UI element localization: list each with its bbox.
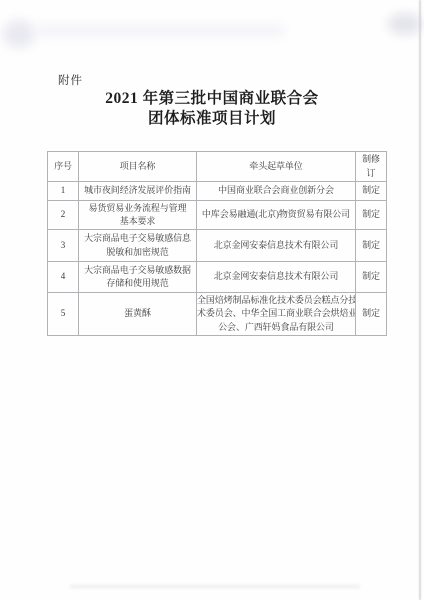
scan-smudge-top-band	[35, 24, 285, 37]
document-title-line1: 2021 年第三批中国商业联合会	[0, 89, 424, 109]
document-title: 2021 年第三批中国商业联合会 团体标准项目计划	[0, 89, 424, 129]
cell-lead-drafting-unit: 北京金网安泰信息技术有限公司	[197, 230, 356, 262]
cell-serial-number: 3	[48, 230, 79, 262]
cell-lead-drafting-unit: 中国商业联合会商业创新分会	[197, 182, 356, 201]
table-row: 4 大宗商品电子交易敏感数据 存储和使用规范 北京金网安泰信息技术有限公司 制定	[48, 262, 387, 293]
header-project-name: 项目名称	[79, 152, 197, 182]
table-row: 1 城市夜间经济发展评价指南 中国商业联合会商业创新分会 制定	[48, 182, 387, 201]
attachment-label: 附件	[58, 72, 83, 88]
cell-serial-number: 2	[48, 201, 79, 230]
cell-project-name: 蛋黄酥	[79, 293, 197, 336]
header-serial-number: 序号	[48, 152, 79, 182]
cell-revision-type: 制定	[356, 182, 387, 201]
cell-revision-type: 制定	[356, 201, 387, 230]
cell-serial-number: 1	[48, 182, 79, 201]
table-row: 5 蛋黄酥 全国焙烤制品标准化技术委员会糕点分技 术委员会、中华全国工商业联合会…	[48, 293, 387, 336]
table-row: 3 大宗商品电子交易敏感信息 脱敏和加密规范 北京金网安泰信息技术有限公司 制定	[48, 230, 387, 262]
cell-serial-number: 5	[48, 293, 79, 336]
standards-plan-table: 序号 项目名称 牵头起草单位 制修 订 1 城市夜间经济发展评价指南 中国商业联…	[47, 151, 387, 336]
cell-lead-drafting-unit: 中库会易融通(北京)物资贸易有限公司	[197, 201, 356, 230]
table-header-row: 序号 项目名称 牵头起草单位 制修 订	[48, 152, 387, 182]
scan-smudge-bottom	[70, 585, 360, 588]
cell-project-name: 城市夜间经济发展评价指南	[79, 182, 197, 201]
scan-smudge-top-right	[388, 13, 422, 35]
table-row: 2 易货贸易业务流程与管理 基本要求 中库会易融通(北京)物资贸易有限公司 制定	[48, 201, 387, 230]
document-title-line2: 团体标准项目计划	[0, 109, 424, 129]
cell-revision-type: 制定	[356, 230, 387, 262]
cell-project-name: 大宗商品电子交易敏感信息 脱敏和加密规范	[79, 230, 197, 262]
cell-lead-drafting-unit: 全国焙烤制品标准化技术委员会糕点分技 术委员会、中华全国工商业联合会烘焙业 公会…	[197, 293, 356, 336]
cell-lead-drafting-unit: 北京金网安泰信息技术有限公司	[197, 262, 356, 293]
header-revision-type: 制修 订	[356, 152, 387, 182]
cell-project-name: 易货贸易业务流程与管理 基本要求	[79, 201, 197, 230]
cell-serial-number: 4	[48, 262, 79, 293]
scanned-document-page: 附件 2021 年第三批中国商业联合会 团体标准项目计划 序号 项目名称 牵头起…	[0, 0, 424, 600]
cell-project-name: 大宗商品电子交易敏感数据 存储和使用规范	[79, 262, 197, 293]
header-lead-drafting-unit: 牵头起草单位	[197, 152, 356, 182]
cell-revision-type: 制定	[356, 262, 387, 293]
cell-revision-type: 制定	[356, 293, 387, 336]
scan-smudge-top-left	[3, 20, 35, 48]
